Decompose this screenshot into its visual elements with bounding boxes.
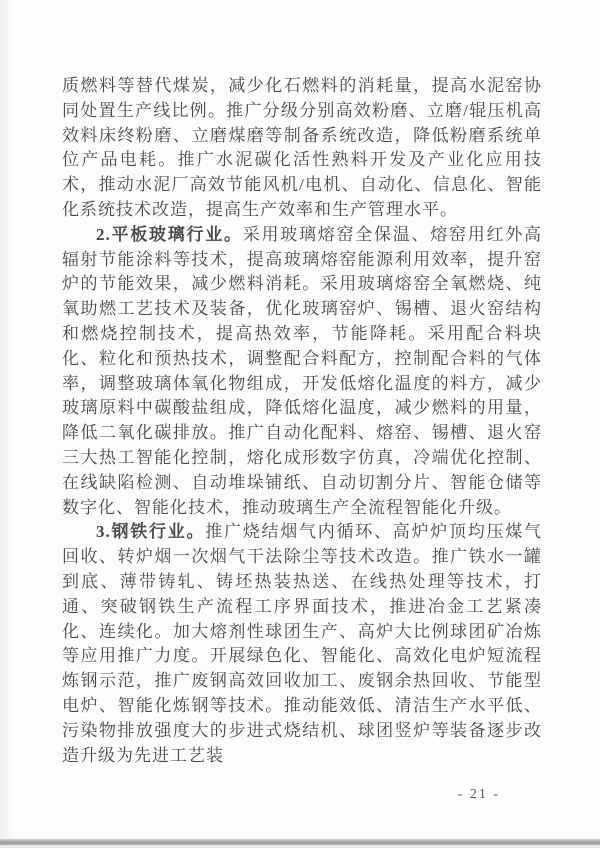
section-heading: 2.平板玻璃行业。: [96, 225, 243, 244]
paragraph: 3.钢铁行业。推广烧结烟气内循环、高炉炉顶均压煤气回收、转炉烟一次烟气干法除尘等…: [62, 520, 542, 768]
paragraph-text: 质燃料等替代煤炭，减少化石燃料的消耗量，提高水泥窑协同处置生产线比例。推广分级分…: [62, 76, 542, 219]
section-heading: 3.钢铁行业。: [96, 522, 205, 541]
paragraph: 质燃料等替代煤炭，减少化石燃料的消耗量，提高水泥窑协同处置生产线比例。推广分级分…: [62, 74, 542, 223]
document-body: 质燃料等替代煤炭，减少化石燃料的消耗量，提高水泥窑协同处置生产线比例。推广分级分…: [62, 74, 542, 808]
paragraph-text: 推广烧结烟气内循环、高炉炉顶均压煤气回收、转炉烟一次烟气干法除尘等技术改造。推广…: [62, 522, 542, 764]
page-number: - 21 -: [62, 783, 542, 808]
paragraph-text: 采用玻璃熔窑全保温、熔窑用红外高辐射节能涂料等技术，提高玻璃熔窑能源利用效率，提…: [62, 225, 542, 517]
paragraph: 2.平板玻璃行业。采用玻璃熔窑全保温、熔窑用红外高辐射节能涂料等技术，提高玻璃熔…: [62, 223, 542, 521]
document-page: 质燃料等替代煤炭，减少化石燃料的消耗量，提高水泥窑协同处置生产线比例。推广分级分…: [0, 0, 600, 848]
